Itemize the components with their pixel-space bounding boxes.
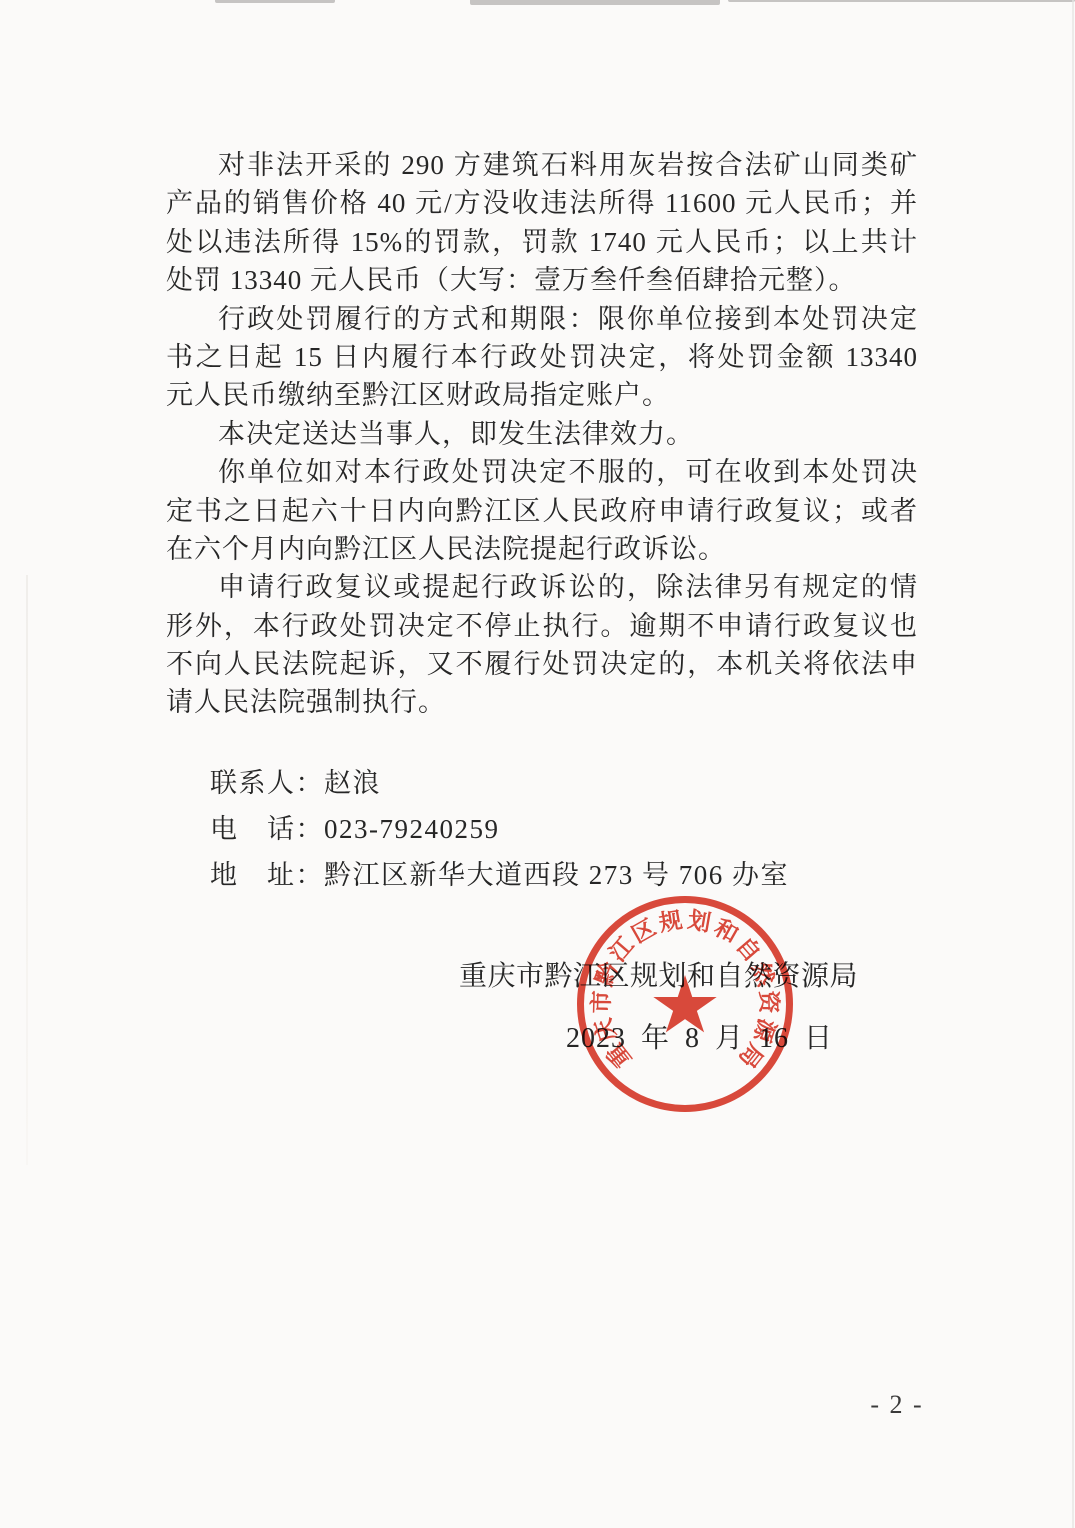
- body-line: 不向人民法院起诉，又不履行处罚决定的，本机关将依法申: [166, 645, 918, 683]
- body-line: 处以违法所得 15%的罚款，罚款 1740 元人民币；以上共计: [166, 223, 918, 261]
- document-body: 对非法开采的 290 方建筑石料用灰岩按合法矿山同类矿产品的销售价格 40 元/…: [166, 146, 918, 722]
- document-page: 对非法开采的 290 方建筑石料用灰岩按合法矿山同类矿产品的销售价格 40 元/…: [0, 0, 1075, 1528]
- contact-block: 联系人：赵浪 电 话：023-79240259 地 址：黔江区新华大道西段 27…: [210, 760, 789, 898]
- page-number: - 2 -: [852, 1390, 942, 1420]
- body-line: 你单位如对本行政处罚决定不服的，可在收到本处罚决: [166, 453, 918, 491]
- body-line: 在六个月内向黔江区人民法院提起行政诉讼。: [166, 530, 918, 568]
- body-line: 元人民币缴纳至黔江区财政局指定账户。: [166, 376, 918, 414]
- body-line: 书之日起 15 日内履行本行政处罚决定，将处罚金额 13340: [166, 338, 918, 376]
- scan-edge-line: [1072, 0, 1074, 1528]
- body-line: 处罚 13340 元人民币（大写：壹万叁仟叁佰肆拾元整）。: [166, 261, 918, 299]
- seal-ring-char: 资: [754, 988, 783, 1017]
- official-seal: 重庆市黔江区规划和自然资源局: [577, 896, 793, 1112]
- body-line: 申请行政复议或提起行政诉讼的，除法律另有规定的情: [166, 568, 918, 606]
- body-line: 定书之日起六十日内向黔江区人民政府申请行政复议；或者: [166, 492, 918, 530]
- body-line: 行政处罚履行的方式和期限：限你单位接到本处罚决定: [166, 300, 918, 338]
- contact-person: 联系人：赵浪: [210, 760, 789, 806]
- body-line: 产品的销售价格 40 元/方没收违法所得 11600 元人民币；并: [166, 184, 918, 222]
- contact-phone: 电 话：023-79240259: [210, 806, 789, 852]
- scan-fold-line: [26, 575, 28, 1165]
- scan-artifact: [215, 0, 335, 3]
- body-line: 形外，本行政处罚决定不停止执行。逾期不申请行政复议也: [166, 607, 918, 645]
- body-line: 请人民法院强制执行。: [166, 683, 918, 721]
- scan-artifact: [470, 0, 720, 5]
- scan-artifact: [728, 0, 1075, 2]
- body-line: 对非法开采的 290 方建筑石料用灰岩按合法矿山同类矿: [166, 146, 918, 184]
- contact-address: 地 址：黔江区新华大道西段 273 号 706 办室: [210, 852, 789, 898]
- seal-ring-char: 市: [588, 988, 617, 1017]
- body-line: 本决定送达当事人，即发生法律效力。: [166, 415, 918, 453]
